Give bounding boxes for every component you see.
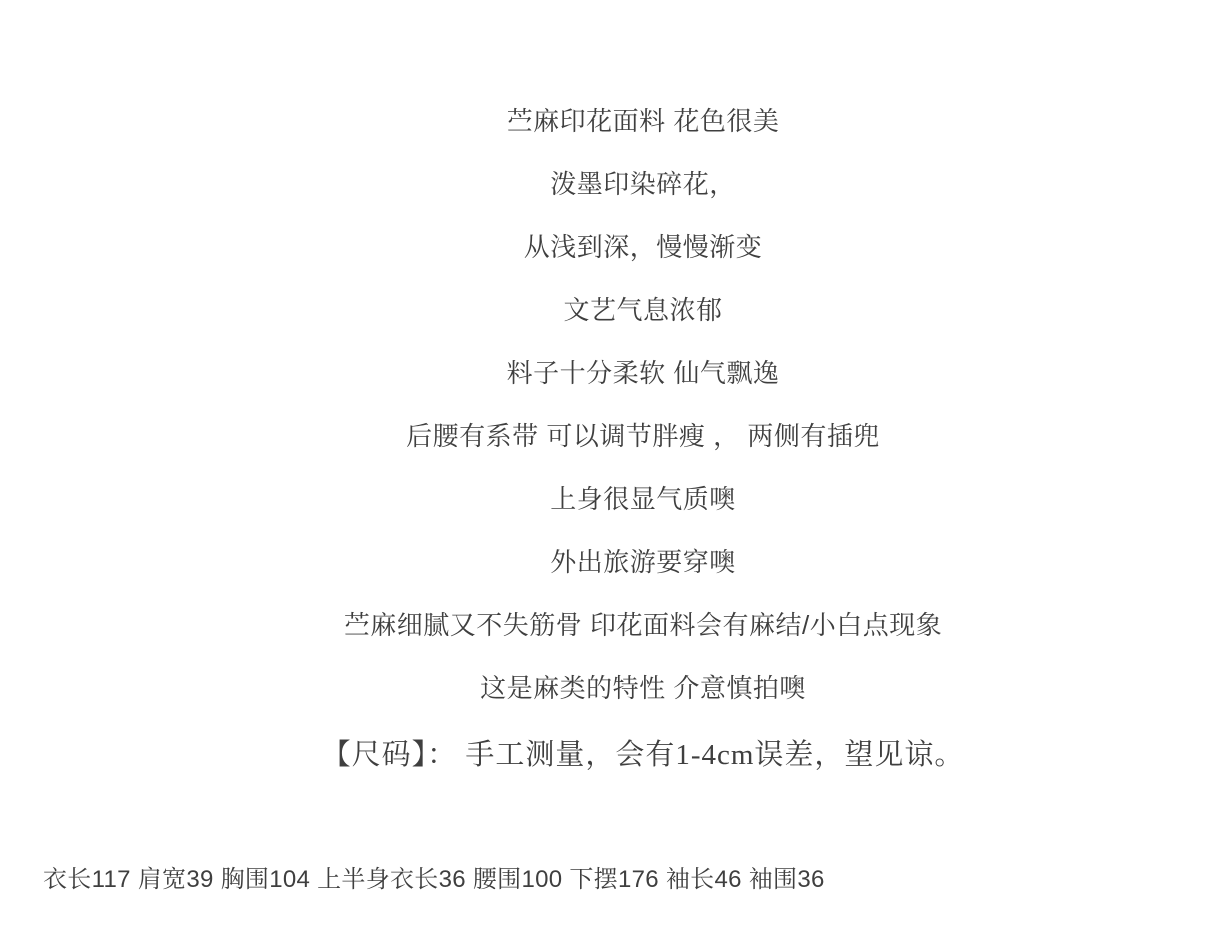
description-line-waist-tie: 后腰有系带 可以调节胖瘦 ， 两侧有插兜: [55, 405, 1231, 468]
size-disclaimer: 【尺码】： 手工测量，会有1-4cm误差，望见谅。: [55, 720, 1231, 790]
description-line-soft: 料子十分柔软 仙气飘逸: [55, 342, 1231, 405]
description-line-gradient: 从浅到深，慢慢渐变: [55, 216, 1231, 279]
description-line-artistic: 文艺气息浓郁: [55, 279, 1231, 342]
description-line-travel: 外出旅游要穿噢: [55, 531, 1231, 594]
description-line-texture-note: 苎麻细腻又不失筋骨 印花面料会有麻结/小白点现象: [55, 594, 1231, 657]
description-line-print: 泼墨印染碎花，: [55, 153, 1231, 216]
description-line-fabric: 苎麻印花面料 花色很美: [55, 90, 1231, 153]
measurements-line: 衣长117 肩宽39 胸围104 上半身衣长36 腰围100 下摆176 袖长4…: [0, 860, 1231, 900]
product-description: 苎麻印花面料 花色很美 泼墨印染碎花， 从浅到深，慢慢渐变 文艺气息浓郁 料子十…: [0, 0, 1231, 790]
description-line-caution: 这是麻类的特性 介意慎拍噢: [55, 657, 1231, 720]
description-line-temperament: 上身很显气质噢: [55, 468, 1231, 531]
